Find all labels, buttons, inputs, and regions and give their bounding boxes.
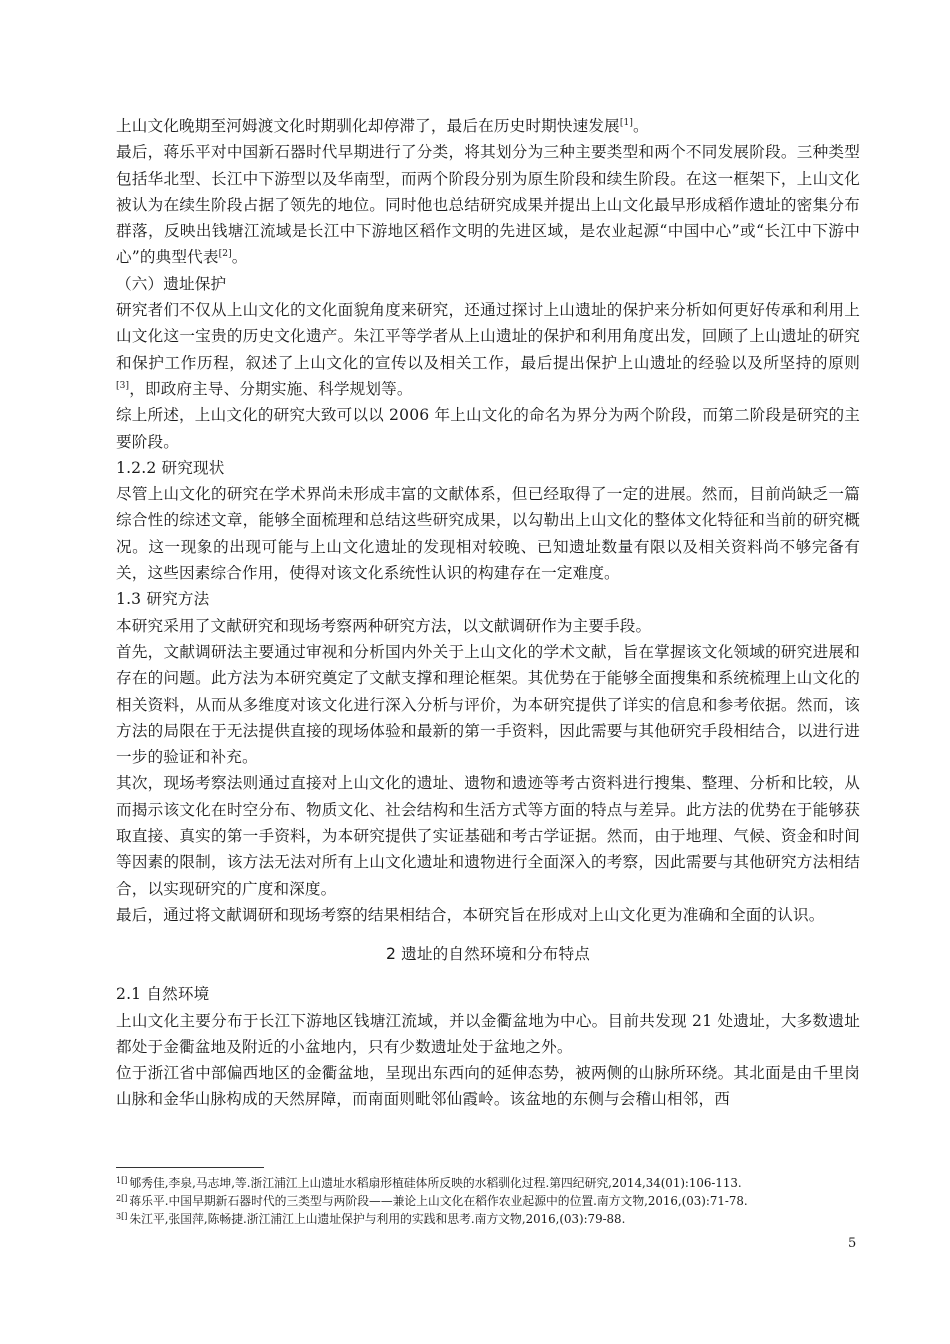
paragraph: 上山文化主要分布于长江下游地区钱塘江流域，并以金衢盆地为中心。目前共发现 21 … [116,1008,860,1061]
footnote-2: 2[]蒋乐平.中国早期新石器时代的三类型与两阶段——兼论上山文化在稻作农业起源中… [116,1192,876,1210]
citation-ref[interactable]: [2] [219,249,232,259]
paragraph: 其次，现场考察法则通过直接对上山文化的遗址、遗物和遗迹等考古资料进行搜集、整理、… [116,770,860,901]
paragraph-text: 研究者们不仅从上山文化的文化面貌角度来研究，还通过探讨上山遗址的保护来分析如何更… [116,301,860,372]
paragraph-text: 最后，蒋乐平对中国新石器时代早期进行了分类，将其划分为三种主要类型和两个不同发展… [116,143,860,266]
paragraph: 尽管上山文化的研究在学术界尚未形成丰富的文献体系，但已经取得了一定的进展。然而，… [116,481,860,586]
footnote-text: 蒋乐平.中国早期新石器时代的三类型与两阶段——兼论上山文化在稻作农业起源中的位置… [129,1194,747,1208]
chapter-title: 2 遗址的自然环境和分布特点 [116,941,860,967]
paragraph-tail: ，即政府主导、分期实施、科学规划等。 [129,380,412,398]
footnote-mark: 2[] [116,1194,127,1203]
footnote-divider [116,1167,264,1168]
paragraph: 本研究采用了文献研究和现场考察两种研究方法，以文献调研作为主要手段。 [116,613,860,639]
footnotes: 1[]郇秀佳,李泉,马志坤,等.浙江浦江上山遗址水稻扇形植硅体所反映的水稻驯化过… [116,1174,876,1228]
paragraph: 研究者们不仅从上山文化的文化面貌角度来研究，还通过探讨上山遗址的保护来分析如何更… [116,297,860,402]
section-heading-research-methods: 1.3 研究方法 [116,586,860,612]
footnote-mark: 3[] [116,1212,127,1221]
section-heading-natural-environment: 2.1 自然环境 [116,981,860,1007]
paragraph: 上山文化晚期至河姆渡文化时期驯化却停滞了，最后在历史时期快速发展[1]。 [116,113,860,139]
page-number: 5 [848,1236,856,1251]
footnote-text: 朱江平,张国萍,陈畅捷.浙江浦江上山遗址保护与利用的实践和思考.南方文物,201… [129,1212,625,1226]
footnote-mark: 1[] [116,1176,127,1185]
footnote-1: 1[]郇秀佳,李泉,马志坤,等.浙江浦江上山遗址水稻扇形植硅体所反映的水稻驯化过… [116,1174,876,1192]
paragraph: 位于浙江省中部偏西地区的金衢盆地，呈现出东西向的延伸态势，被两侧的山脉所环绕。其… [116,1060,860,1113]
citation-ref[interactable]: [3] [116,381,129,391]
document-page: 上山文化晚期至河姆渡文化时期驯化却停滞了，最后在历史时期快速发展[1]。 最后，… [0,0,950,1344]
paragraph: 最后，通过将文献调研和现场考察的结果相结合，本研究旨在形成对上山文化更为准确和全… [116,902,860,928]
citation-ref[interactable]: [1] [620,118,633,128]
paragraph-tail: 。 [232,248,248,266]
paragraph: 首先，文献调研法主要通过审视和分析国内外关于上山文化的学术文献，旨在掌握该文化领… [116,639,860,770]
paragraph: 最后，蒋乐平对中国新石器时代早期进行了分类，将其划分为三种主要类型和两个不同发展… [116,139,860,270]
section-heading-site-protection: （六）遗址保护 [116,271,860,297]
paragraph: 综上所述，上山文化的研究大致可以以 2006 年上山文化的命名为界分为两个阶段，… [116,402,860,455]
footnote-3: 3[]朱江平,张国萍,陈畅捷.浙江浦江上山遗址保护与利用的实践和思考.南方文物,… [116,1210,876,1228]
paragraph-text: 上山文化晚期至河姆渡文化时期驯化却停滞了，最后在历史时期快速发展 [116,117,620,135]
section-heading-research-status: 1.2.2 研究现状 [116,455,860,481]
footnote-text: 郇秀佳,李泉,马志坤,等.浙江浦江上山遗址水稻扇形植硅体所反映的水稻驯化过程.第… [129,1176,741,1190]
body-text: 上山文化晚期至河姆渡文化时期驯化却停滞了，最后在历史时期快速发展[1]。 最后，… [116,113,860,1113]
paragraph-tail: 。 [633,117,649,135]
